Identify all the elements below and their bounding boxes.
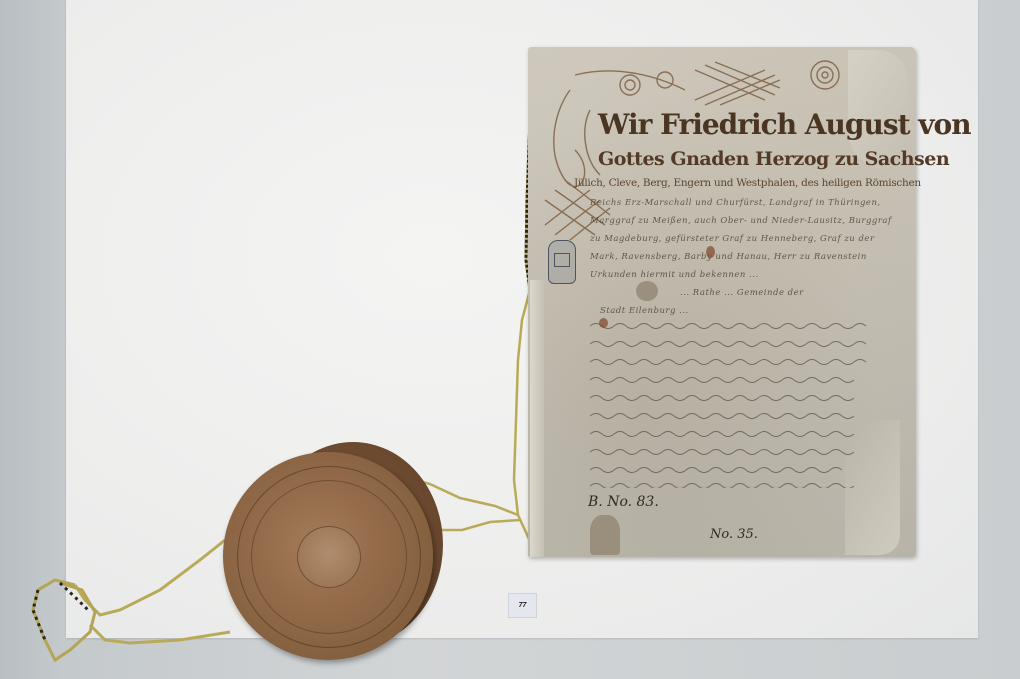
catalog-label: 77 [508,593,537,618]
body-line: zu Magdeburg, gefürsteter Graf zu Henneb… [590,234,875,244]
archive-mark: B. No. 83. [588,494,659,510]
body-line: ... Rathe ... Gemeinde der [680,288,804,298]
heading-line-1: Wir Friedrich August von [598,108,971,141]
wooden-seal-capsule [223,442,443,660]
body-text-script [590,318,880,488]
heading-line-3: Jülich, Cleve, Berg, Engern und Westphal… [574,177,921,189]
stain [636,281,658,301]
body-line: Reichs Erz-Marschall und Churfürst, Land… [590,198,881,208]
heading-line-2: Gottes Gnaden Herzog zu Sachsen [598,148,949,170]
stain [599,318,608,328]
body-line: Marggraf zu Meißen, auch Ober- und Niede… [590,216,892,226]
body-line: Mark, Ravensberg, Barby und Hanau, Herr … [590,252,867,262]
seal-lid-knob [297,526,361,588]
parchment-fold [530,280,544,557]
stain [706,246,715,258]
body-line: Stadt Eilenburg ... [600,306,689,316]
stain [590,515,620,555]
archive-mark: No. 35. [710,527,758,542]
tax-stamp [548,240,576,284]
body-line: Urkunden hiermit und bekennen ... [590,270,759,280]
